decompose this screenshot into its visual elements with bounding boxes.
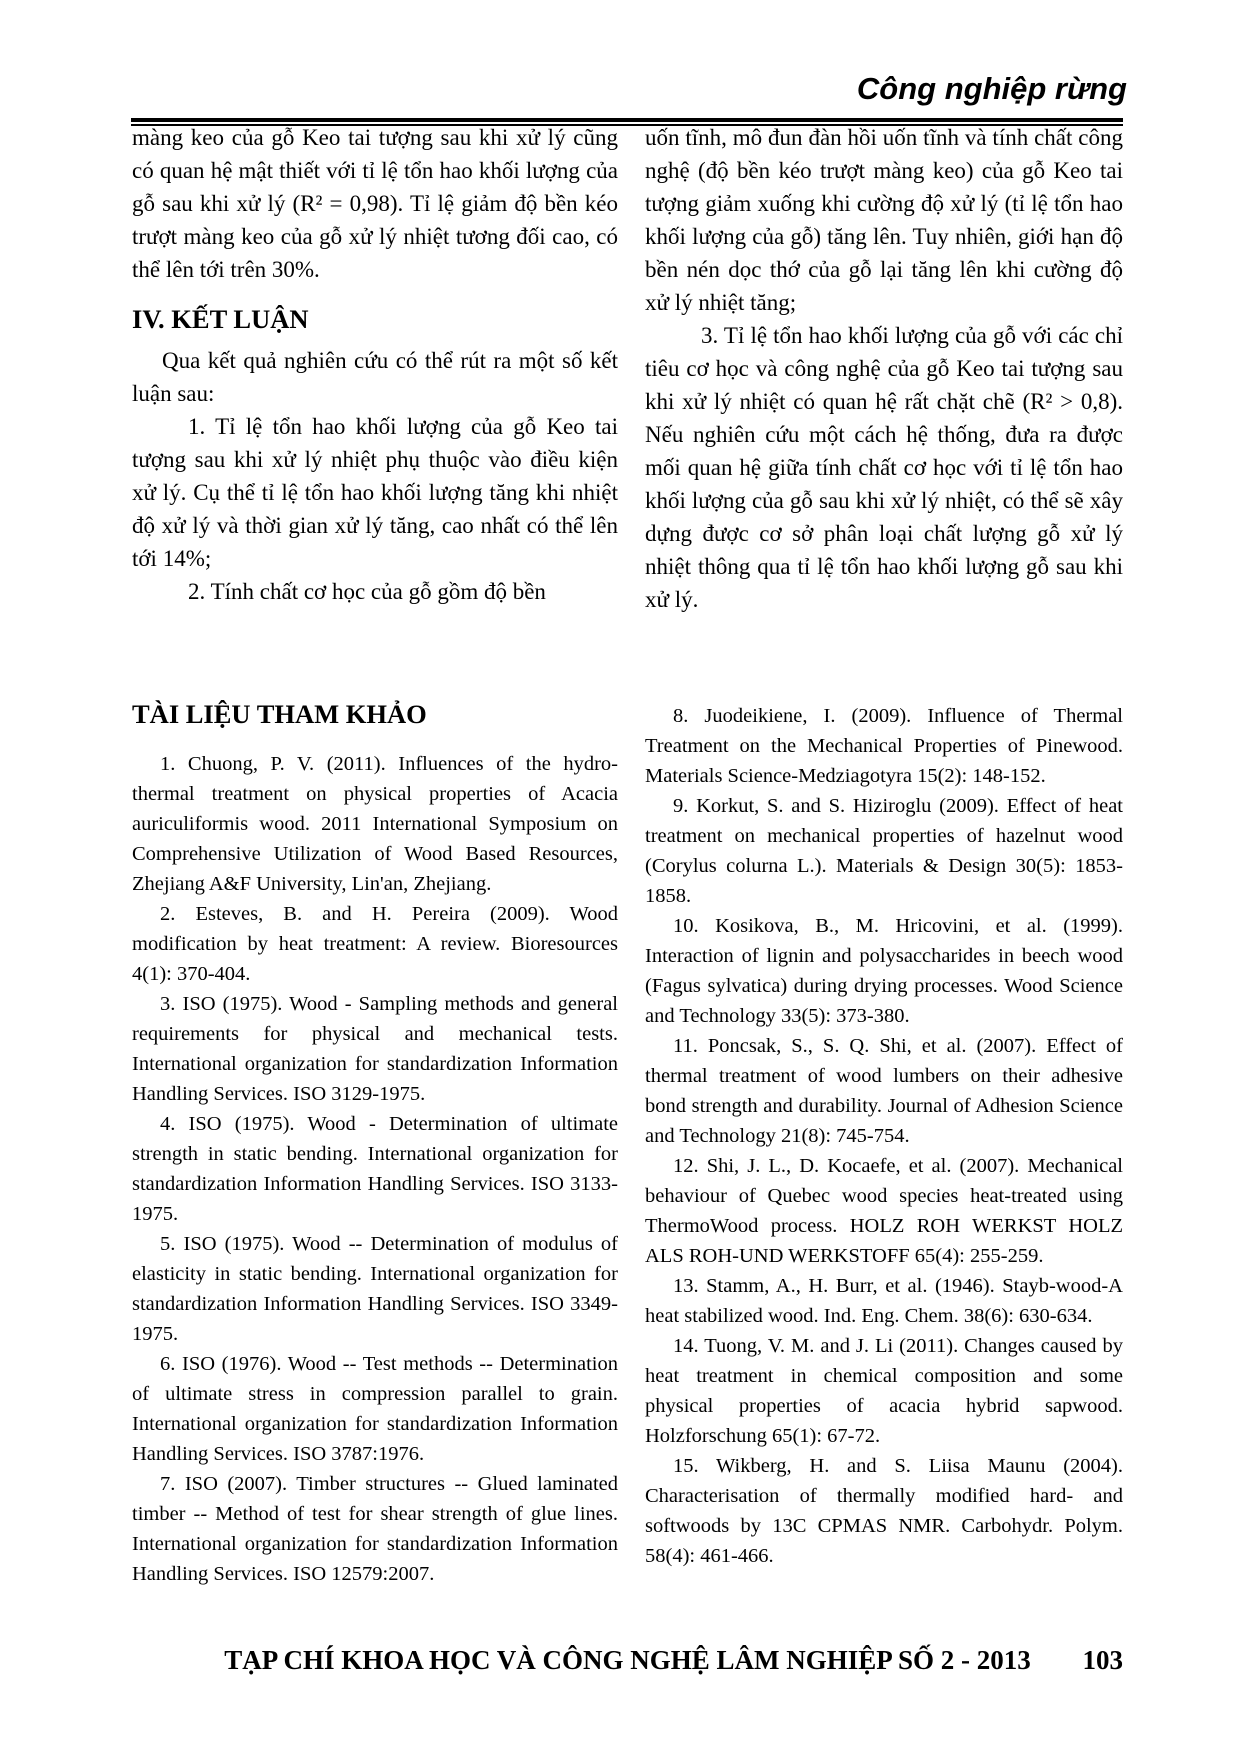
reference-item-12: 12. Shi, J. L., D. Kocaefe, et al. (2007… [645,1151,1123,1271]
reference-item-4: 4. ISO (1975). Wood - Determination of u… [132,1109,618,1229]
conclusion-right-column: uốn tĩnh, mô đun đàn hồi uốn tĩnh và tín… [645,121,1123,616]
page-footer: TẠP CHÍ KHOA HỌC VÀ CÔNG NGHỆ LÂM NGHIỆP… [132,1643,1123,1683]
running-head: Công nghiệp rừng [857,72,1127,106]
conclusion-continuation-paragraph: màng keo của gỗ Keo tai tượng sau khi xử… [132,121,618,286]
conclusion-item-1: 1. Tỉ lệ tổn hao khối lượng của gỗ Keo t… [132,410,618,575]
reference-item-1: 1. Chuong, P. V. (2011). Influences of t… [132,749,618,899]
journal-page: Công nghiệp rừng màng keo của gỗ Keo tai… [0,0,1240,1753]
reference-item-14: 14. Tuong, V. M. and J. Li (2011). Chang… [645,1331,1123,1451]
reference-item-9: 9. Korkut, S. and S. Hiziroglu (2009). E… [645,791,1123,911]
reference-item-3: 3. ISO (1975). Wood - Sampling methods a… [132,989,618,1109]
conclusion-item-2-start: 2. Tính chất cơ học của gỗ gồm độ bền [132,575,618,608]
reference-item-13: 13. Stamm, A., H. Burr, et al. (1946). S… [645,1271,1123,1331]
references-right-column: 8. Juodeikiene, I. (2009). Influence of … [645,701,1123,1571]
section-heading-conclusion: IV. KẾT LUẬN [132,301,618,337]
reference-item-6: 6. ISO (1976). Wood -- Test methods -- D… [132,1349,618,1469]
references-heading: TÀI LIỆU THAM KHẢO [132,697,427,731]
footer-journal-title: TẠP CHÍ KHOA HỌC VÀ CÔNG NGHỆ LÂM NGHIỆP… [132,1643,1123,1677]
reference-item-7: 7. ISO (2007). Timber structures -- Glue… [132,1469,618,1589]
reference-item-8: 8. Juodeikiene, I. (2009). Influence of … [645,701,1123,791]
conclusion-item-3: 3. Tỉ lệ tổn hao khối lượng của gỗ với c… [645,319,1123,616]
conclusion-intro-paragraph: Qua kết quả nghiên cứu có thể rút ra một… [132,344,618,410]
reference-item-10: 10. Kosikova, B., M. Hricovini, et al. (… [645,911,1123,1031]
reference-item-11: 11. Poncsak, S., S. Q. Shi, et al. (2007… [645,1031,1123,1151]
conclusion-left-column: màng keo của gỗ Keo tai tượng sau khi xử… [132,121,618,608]
reference-item-2: 2. Esteves, B. and H. Pereira (2009). Wo… [132,899,618,989]
reference-item-15: 15. Wikberg, H. and S. Liisa Maunu (2004… [645,1451,1123,1571]
footer-page-number: 103 [1083,1643,1124,1677]
conclusion-item-2-continuation: uốn tĩnh, mô đun đàn hồi uốn tĩnh và tín… [645,121,1123,319]
reference-item-5: 5. ISO (1975). Wood -- Determination of … [132,1229,618,1349]
references-left-column: 1. Chuong, P. V. (2011). Influences of t… [132,749,618,1589]
